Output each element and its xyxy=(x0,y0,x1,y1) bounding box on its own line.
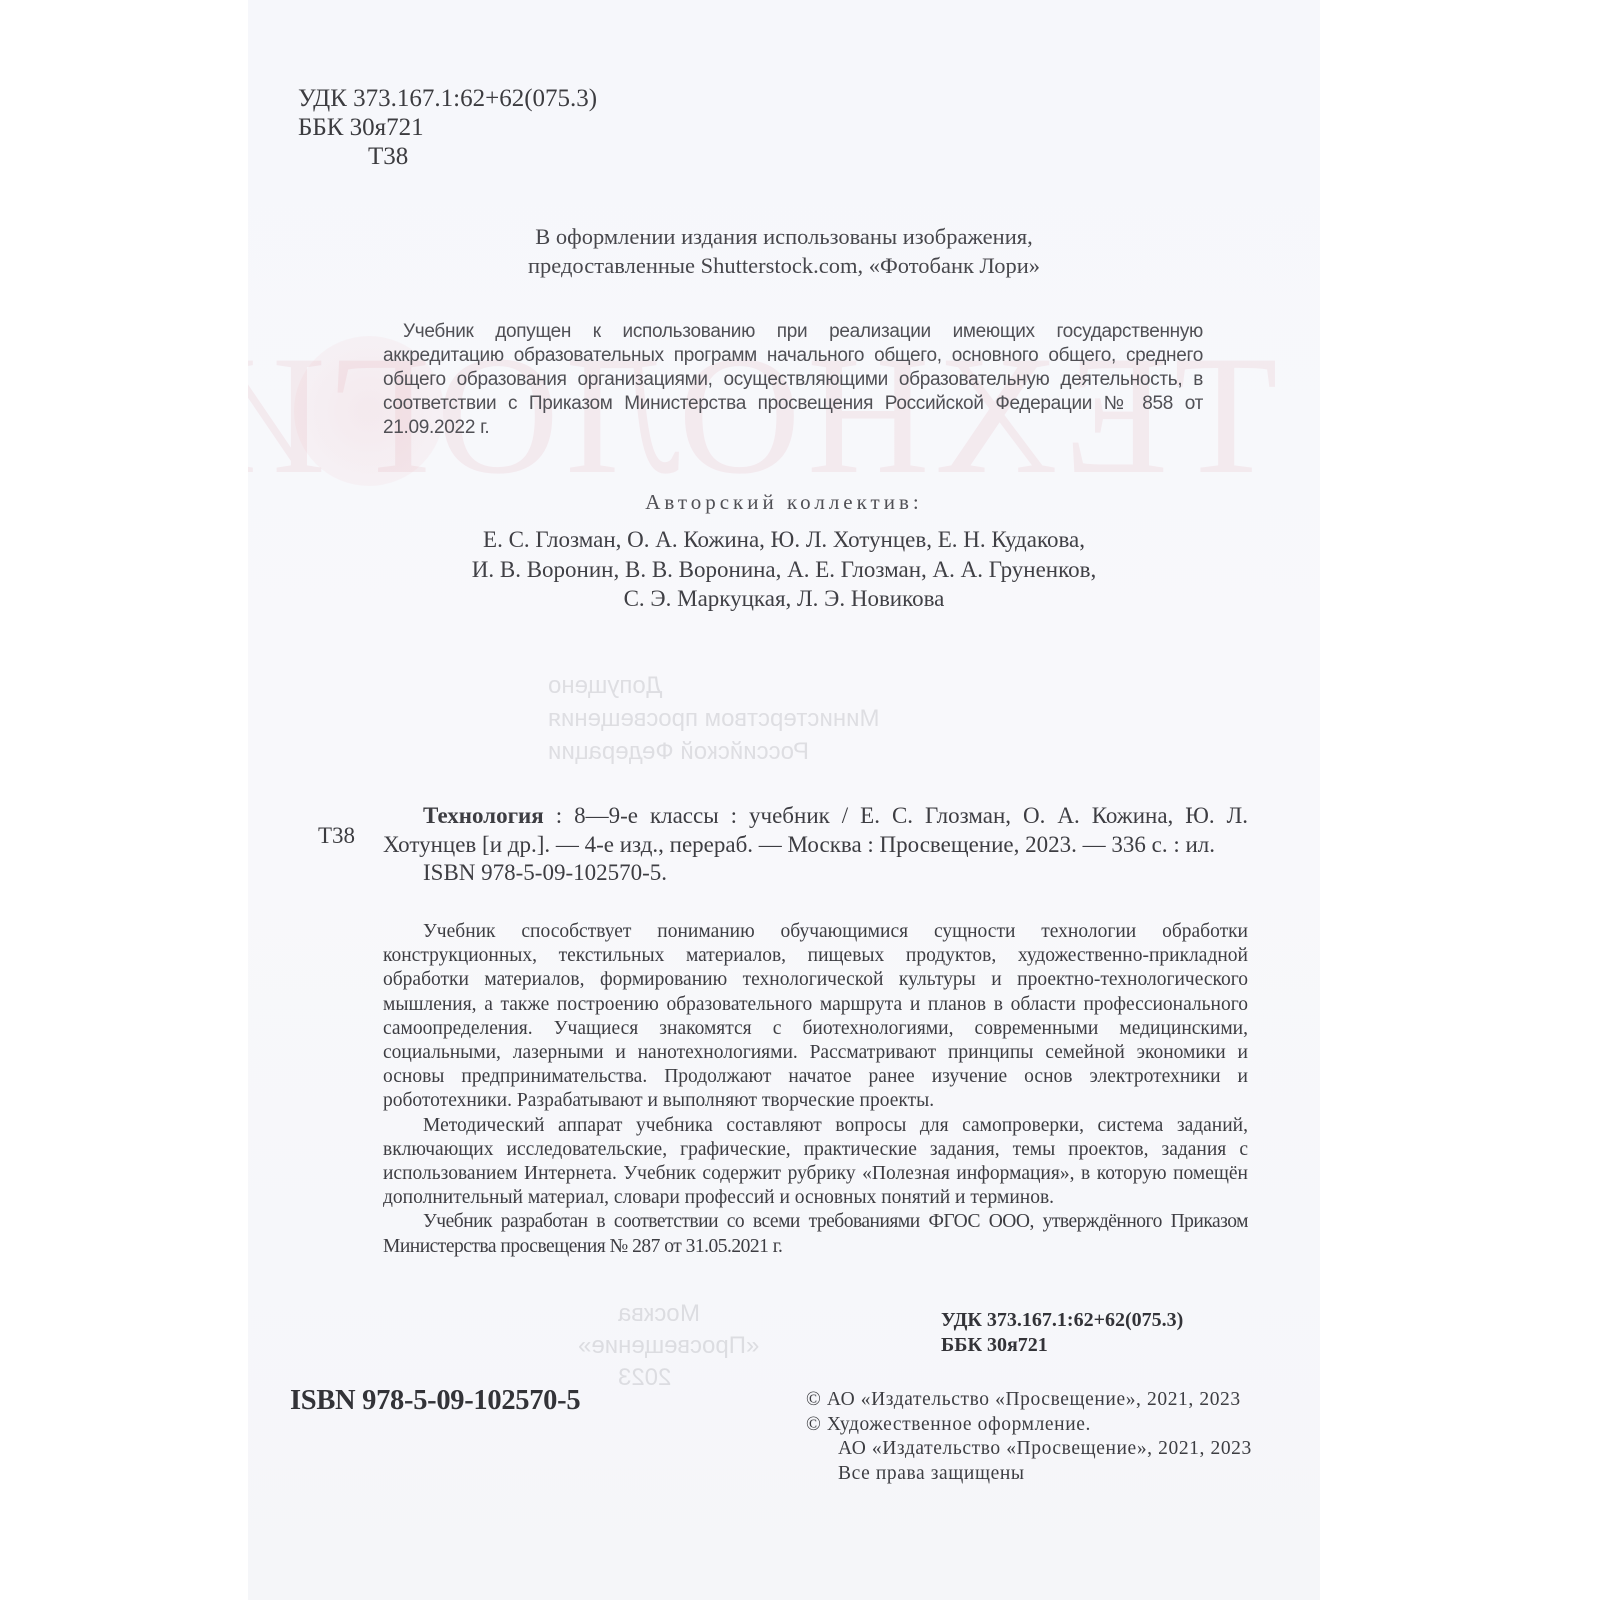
bbk-code: ББК 30я721 xyxy=(298,113,597,142)
authors-line: Е. С. Глозман, О. А. Кожина, Ю. Л. Хотун… xyxy=(248,525,1320,555)
show-through-imprint-line: «Просвещение» xyxy=(578,1332,759,1360)
bbk-code: ББК 30я721 xyxy=(941,1333,1183,1358)
copyright-line: © Художественное оформление. xyxy=(806,1413,1252,1438)
approval-statement: Учебник допущен к использованию при реал… xyxy=(383,320,1203,440)
book-title: Технология xyxy=(423,803,544,828)
authors-label: Авторский коллектив: xyxy=(248,490,1320,515)
copyright-line: АО «Издательство «Просвещение», 2021, 20… xyxy=(806,1437,1252,1462)
udk-code: УДК 373.167.1:62+62(075.3) xyxy=(941,1308,1183,1333)
udk-code: УДК 373.167.1:62+62(075.3) xyxy=(298,84,597,113)
show-through-approval-line: Российской Федерации xyxy=(548,738,809,766)
copyright-block: © АО «Издательство «Просвещение», 2021, … xyxy=(806,1388,1252,1486)
approval-text: Учебник допущен к использованию при реал… xyxy=(383,320,1203,440)
author-mark: Т38 xyxy=(298,142,597,171)
classification-header: УДК 373.167.1:62+62(075.3) ББК 30я721 Т3… xyxy=(298,84,597,171)
abstract-paragraph: Учебник разработан в соответствии со все… xyxy=(383,1210,1248,1258)
isbn: ISBN 978-5-09-102570-5 xyxy=(290,1385,580,1417)
show-through-approval-line: Допущено xyxy=(548,672,662,700)
authors-line: И. В. Воронин, В. В. Воронина, А. Е. Гло… xyxy=(248,555,1320,585)
copyright-line: © АО «Издательство «Просвещение», 2021, … xyxy=(806,1388,1252,1413)
rights-reserved: Все права защищены xyxy=(806,1462,1252,1487)
authors-line: С. Э. Маркуцкая, Л. Э. Новикова xyxy=(248,584,1320,614)
bibliographic-record: Технология : 8—9-е классы : учебник / Е.… xyxy=(383,802,1248,888)
biblio-isbn: ISBN 978-5-09-102570-5. xyxy=(383,859,1248,888)
imprint-page: ТЕХНОЛОГИЯ Допущено Министерством просве… xyxy=(248,0,1320,1600)
images-credit-note: В оформлении издания использованы изобра… xyxy=(248,222,1320,280)
images-credit-line: В оформлении издания использованы изобра… xyxy=(248,222,1320,251)
abstract-paragraph: Учебник способствует пониманию обучающим… xyxy=(383,920,1248,1114)
authors-list: Е. С. Глозман, О. А. Кожина, Ю. Л. Хотун… xyxy=(248,525,1320,614)
biblio-author-mark: Т38 xyxy=(318,823,355,849)
show-through-imprint-line: Москва xyxy=(618,1300,700,1328)
abstract: Учебник способствует пониманию обучающим… xyxy=(383,920,1248,1259)
abstract-paragraph: Методический аппарат учебника составляют… xyxy=(383,1114,1248,1211)
classification-codes: УДК 373.167.1:62+62(075.3) ББК 30я721 xyxy=(941,1308,1183,1358)
show-through-approval-line: Министерством просвещения xyxy=(548,705,879,733)
show-through-imprint-line: 2023 xyxy=(618,1364,671,1392)
images-credit-line: предоставленные Shutterstock.com, «Фотоб… xyxy=(248,251,1320,280)
